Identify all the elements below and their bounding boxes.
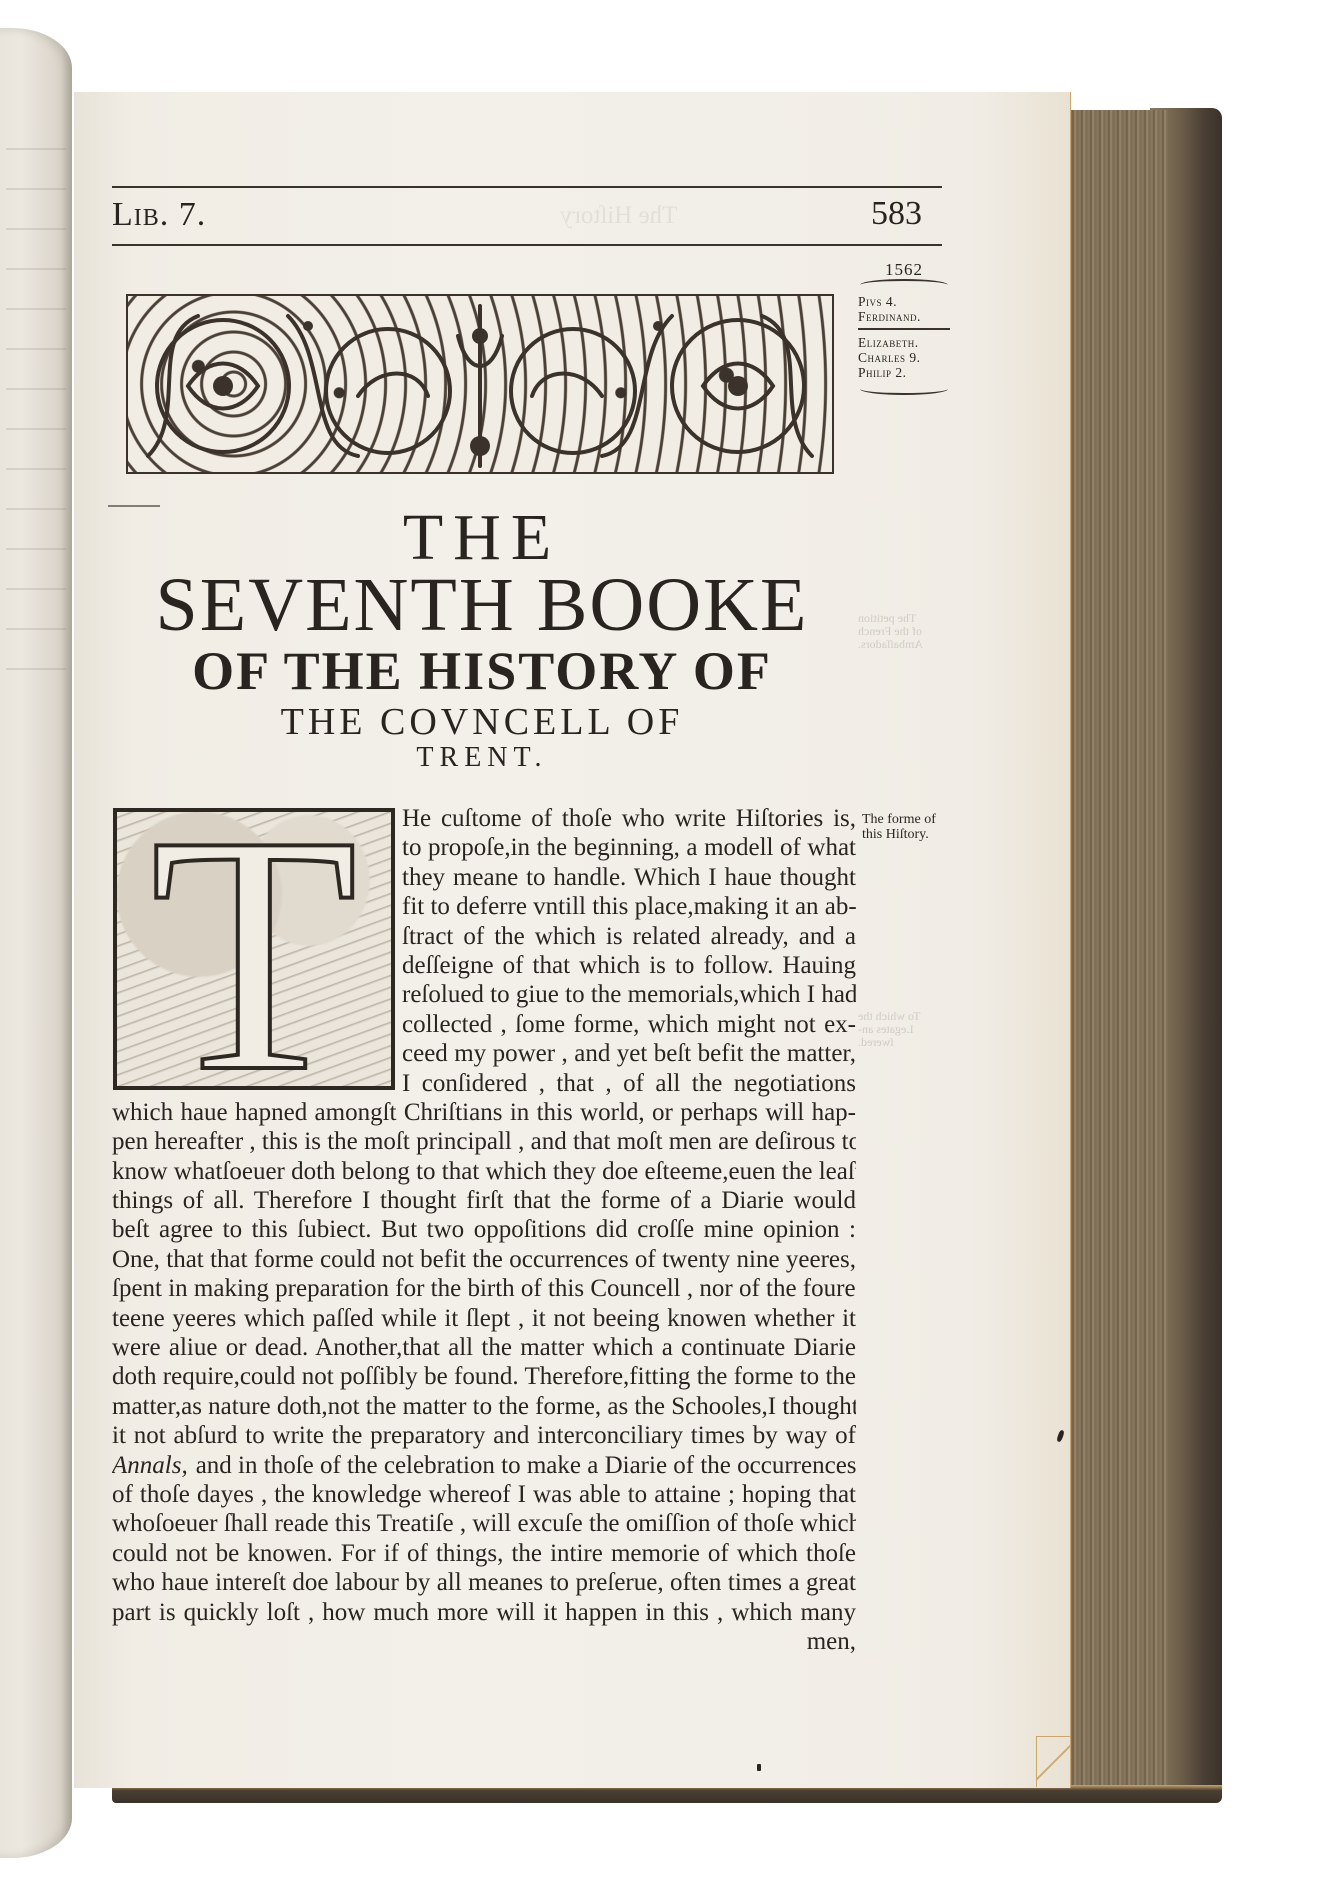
bleed-through-margin-note: To which theLegates an-ſwered. [858, 1010, 948, 1049]
left-page [0, 28, 72, 1858]
ornament-scrollwork-icon [128, 296, 832, 472]
bleed-through-margin-note: The petitionof the FrenchAmbaſſadors. [858, 612, 948, 651]
body-line: One, that that forme could not befit the… [112, 1245, 856, 1274]
page-block-fore-edge [1068, 110, 1168, 1795]
left-page-bleed [6, 468, 66, 470]
left-page-bleed [6, 348, 66, 350]
body-line: reſolued to giue to the memorials,which … [402, 980, 856, 1009]
left-page-bleed [6, 548, 66, 550]
body-line: fit to deferre vntill this place,making … [402, 892, 856, 921]
body-line: part is quickly loſt , how much more wil… [112, 1598, 856, 1627]
bleed-through-text: The Hiſtory [560, 202, 677, 230]
header-bottom-rule [112, 244, 942, 246]
margin-separator-rule [858, 328, 950, 330]
body-line: ceed my power , and yet beſt befit the m… [402, 1039, 856, 1068]
body-line: He cuſtome of thoſe who write Hiſtories … [402, 804, 856, 833]
folded-page-corner [1036, 1736, 1071, 1787]
body-line: whoſoeuer ſhall reade this Treatiſe , wi… [112, 1509, 856, 1538]
left-page-bleed [6, 228, 66, 230]
title-line-of-the-history: OF THE HISTORY OF [112, 640, 852, 702]
body-line: were aliue or dead. Another,that all the… [112, 1333, 856, 1362]
body-line: matter,as nature doth,not the matter to … [112, 1392, 856, 1421]
body-line: doth require,could not poſſibly be found… [112, 1362, 856, 1391]
body-line: ſpent in making preparation for the birt… [112, 1274, 856, 1303]
ruler-spain: Philip 2. [858, 365, 950, 380]
title-line-seventh-booke: SEVENTH BOOKE [112, 562, 852, 649]
left-page-bleed [6, 388, 66, 390]
italic-word-annals: Annals, [112, 1451, 188, 1480]
ruler-france: Charles 9. [858, 350, 950, 365]
left-page-bleed [6, 428, 66, 430]
body-line: ſtract of the which is related already, … [402, 922, 856, 951]
body-text-column: He cuſtome of thoſe who write Hiſtories … [112, 804, 856, 1656]
brace-top-icon [860, 279, 948, 291]
body-line: could not be knowen. For if of things, t… [112, 1539, 856, 1568]
body-line: Annals, and in thoſe of the celebration … [112, 1451, 856, 1480]
left-page-bleed [6, 268, 66, 270]
left-page-bleed [6, 628, 66, 630]
body-line: I conſidered , that , of all the negotia… [402, 1069, 856, 1098]
running-head-book-number: Lib. 7. [112, 196, 206, 234]
body-line: which haue hapned amongſt Chriſtians in … [112, 1098, 856, 1127]
ruler-england: Elizabeth. [858, 335, 950, 350]
left-page-bleed [6, 508, 66, 510]
body-line: who haue intereſt doe labour by all mean… [112, 1568, 856, 1597]
page-number: 583 [860, 195, 922, 233]
body-line: things of all. Therefore I thought firſt… [112, 1186, 856, 1215]
left-page-bleed [6, 148, 66, 150]
body-line-rest: and in thoſe of the celebration to make … [196, 1451, 856, 1480]
body-line: pen hereafter , this is the moſt princip… [112, 1127, 856, 1156]
header-top-rule [112, 186, 942, 188]
side-note-line: this Hiſtory. [862, 827, 952, 842]
left-page-bleed [6, 308, 66, 310]
margin-year: 1562 [858, 262, 950, 277]
body-line: of thoſe dayes , the knowledge whereof I… [112, 1480, 856, 1509]
body-line: it not abſurd to write the preparatory a… [112, 1421, 856, 1450]
body-line: know whatſoeuer doth belong to that whic… [112, 1157, 856, 1186]
left-page-bleed [6, 588, 66, 590]
margin-side-note: The forme of this Hiſtory. [862, 812, 952, 842]
ruler-pope: Pivs 4. [858, 294, 950, 309]
body-line: deſſeigne of that which is to follow. Ha… [402, 951, 856, 980]
side-note-line: The forme of [862, 812, 952, 827]
floral-headpiece-ornament [126, 294, 834, 474]
body-line: beſt agree to this ſubiect. But two oppo… [112, 1215, 856, 1244]
title-line-trent: TRENT. [112, 742, 852, 774]
title-line-the-councell: THE COVNCELL OF [112, 700, 852, 744]
left-page-bleed [6, 188, 66, 190]
body-line: teene yeeres which paſſed while it ſlept… [112, 1304, 856, 1333]
margin-reign-box: 1562 Pivs 4. Ferdinand. Elizabeth. Charl… [858, 262, 950, 398]
body-line: they meane to handle. Which I haue thoug… [402, 863, 856, 892]
catchword: men, [112, 1627, 856, 1656]
body-line: to propoſe,in the beginning, a modell of… [402, 833, 856, 862]
body-line: collected , ſome forme, which might not … [402, 1010, 856, 1039]
left-page-bleed [6, 668, 66, 670]
ruler-emperor: Ferdinand. [858, 309, 950, 324]
ink-speck [757, 1764, 761, 1771]
brace-bottom-icon [860, 383, 948, 395]
